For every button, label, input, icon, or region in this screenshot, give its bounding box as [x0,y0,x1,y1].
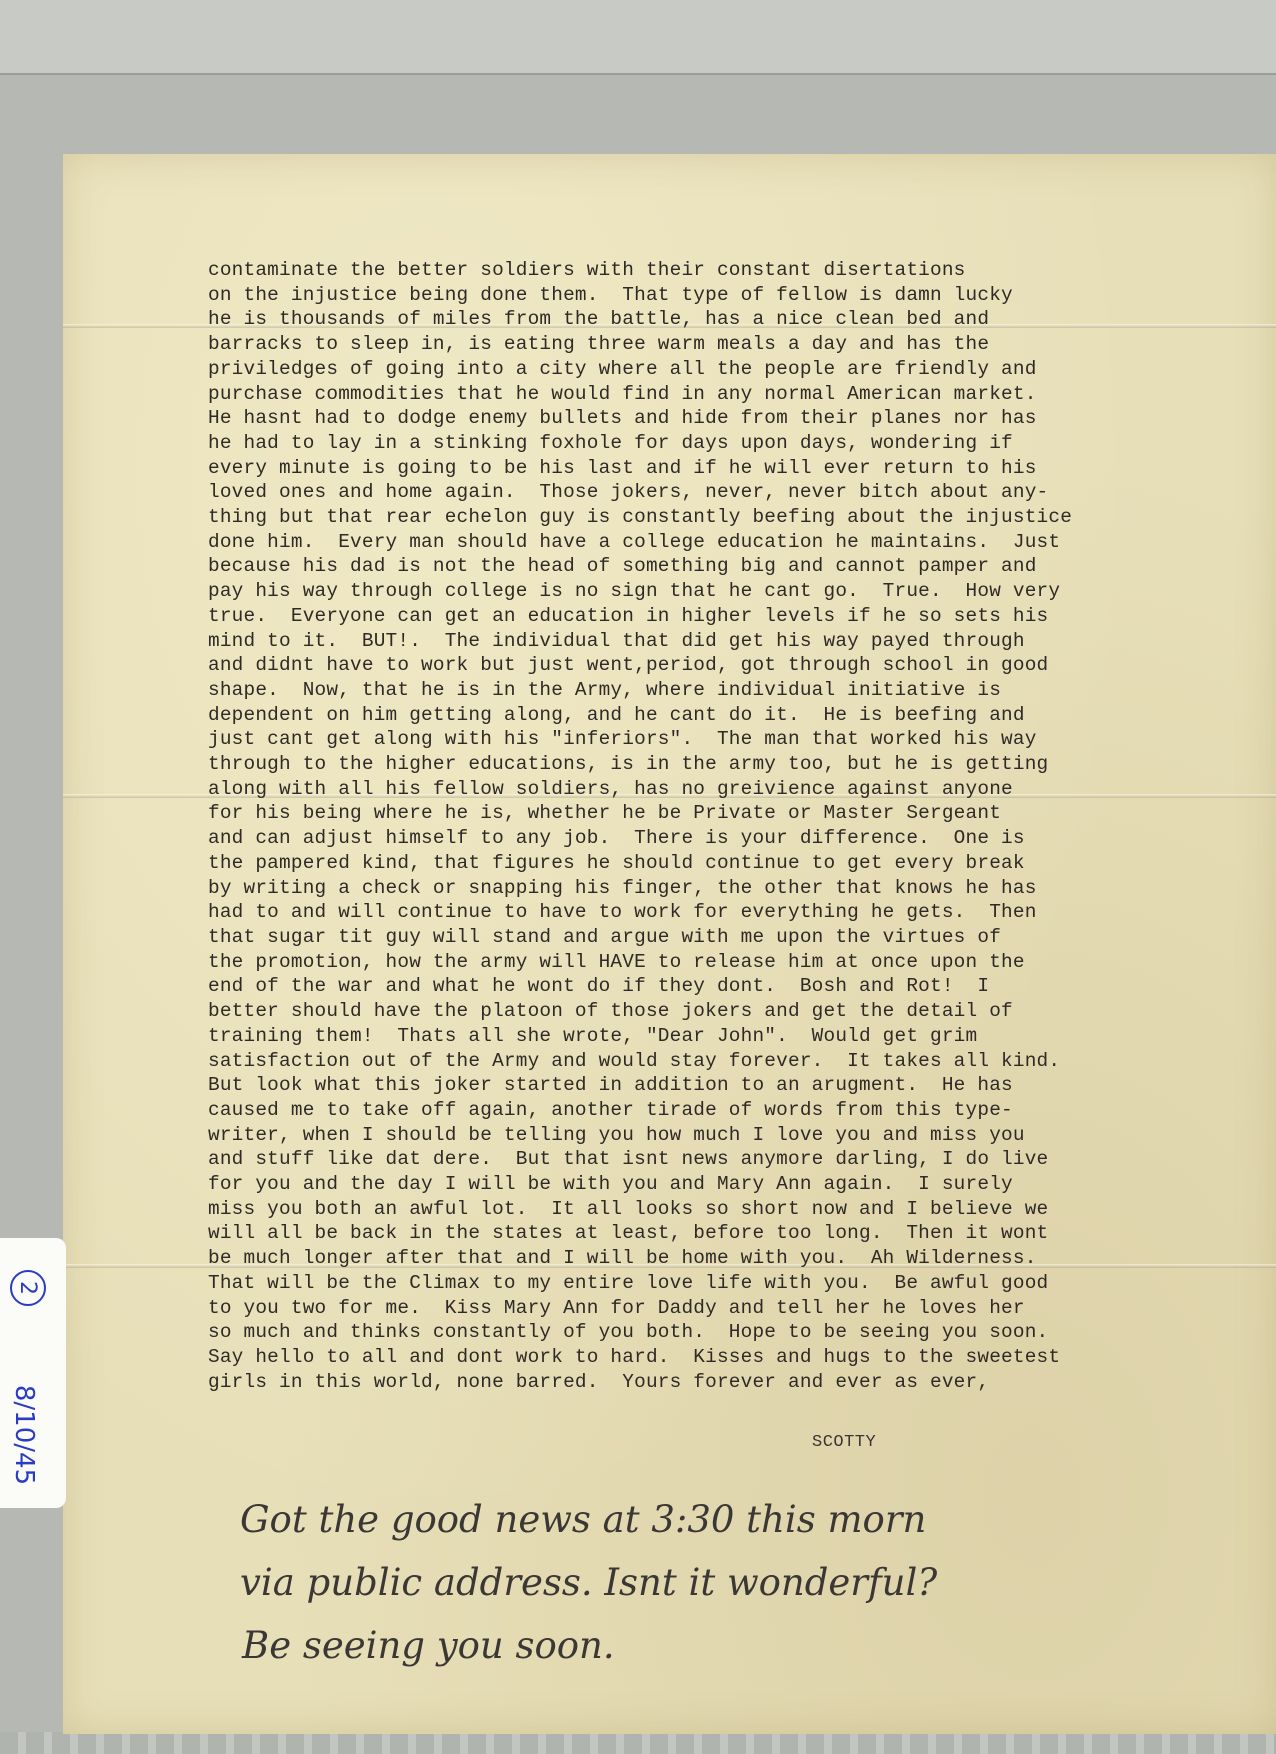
typed-line: thing but that rear echelon guy is const… [208,505,1188,530]
archive-annotation: 2 8/10/45 [8,1270,58,1520]
typed-line: That will be the Climax to my entire lov… [208,1271,1188,1296]
typed-line: priviledges of going into a city where a… [208,357,1188,382]
typed-line: and stuff like dat dere. But that isnt n… [208,1147,1188,1172]
signature: SCOTTY [812,1433,876,1452]
typed-line: pay his way through college is no sign t… [208,579,1188,604]
typed-line: he had to lay in a stinking foxhole for … [208,431,1188,456]
typed-line: better should have the platoon of those … [208,999,1188,1024]
typed-line: for you and the day I will be with you a… [208,1172,1188,1197]
typed-line: every minute is going to be his last and… [208,456,1188,481]
typed-line: He hasnt had to dodge enemy bullets and … [208,406,1188,431]
typed-line: along with all his fellow soldiers, has … [208,777,1188,802]
typed-line: that sugar tit guy will stand and argue … [208,925,1188,950]
postscript-line: Be seeing you soon. [242,1614,1190,1677]
typed-line: writer, when I should be telling you how… [208,1123,1188,1148]
typed-line: training them! Thats all she wrote, "Dea… [208,1024,1188,1049]
sleeve-perforation [0,1732,1276,1754]
typed-line: But look what this joker started in addi… [208,1073,1188,1098]
typed-line: Say hello to all and dont work to hard. … [208,1345,1188,1370]
typed-line: true. Everyone can get an education in h… [208,604,1188,629]
typed-line: barracks to sleep in, is eating three wa… [208,332,1188,357]
typed-line: had to and will continue to have to work… [208,900,1188,925]
typed-line: through to the higher educations, is in … [208,752,1188,777]
typed-line: by writing a check or snapping his finge… [208,876,1188,901]
typed-line: because his dad is not the head of somet… [208,554,1188,579]
postscript-line: Got the good news at 3:30 this morn [240,1488,1190,1551]
typed-line: for his being where he is, whether he be… [208,801,1188,826]
typed-line: and can adjust himself to any job. There… [208,826,1188,851]
typed-line: done him. Every man should have a colleg… [208,530,1188,555]
typed-line: on the injustice being done them. That t… [208,283,1188,308]
typed-line: so much and thinks constantly of you bot… [208,1320,1188,1345]
typed-line: loved ones and home again. Those jokers,… [208,480,1188,505]
page-number-circle: 2 [10,1270,46,1306]
typed-line: dependent on him getting along, and he c… [208,703,1188,728]
typed-line: mind to it. BUT!. The individual that di… [208,629,1188,654]
typed-line: shape. Now, that he is in the Army, wher… [208,678,1188,703]
typed-line: purchase commodities that he would find … [208,382,1188,407]
typed-line: the promotion, how the army will HAVE to… [208,950,1188,975]
scanner-bed-top [0,0,1276,75]
typed-letter-body: contaminate the better soldiers with the… [208,258,1188,1394]
typed-line: end of the war and what he wont do if th… [208,974,1188,999]
typed-line: girls in this world, none barred. Yours … [208,1370,1188,1395]
typed-line: be much longer after that and I will be … [208,1246,1188,1271]
date-annotation: 8/10/45 [9,1375,39,1495]
typed-line: the pampered kind, that figures he shoul… [208,851,1188,876]
typed-line: and didnt have to work but just went,per… [208,653,1188,678]
typed-line: will all be back in the states at least,… [208,1221,1188,1246]
typed-line: he is thousands of miles from the battle… [208,307,1188,332]
handwritten-postscript: Got the good news at 3:30 this morn via … [240,1488,1190,1677]
typed-line: satisfaction out of the Army and would s… [208,1049,1188,1074]
typed-line: contaminate the better soldiers with the… [208,258,1188,283]
typed-line: just cant get along with his "inferiors"… [208,727,1188,752]
typed-line: caused me to take off again, another tir… [208,1098,1188,1123]
typed-line: to you two for me. Kiss Mary Ann for Dad… [208,1296,1188,1321]
postscript-line: via public address. Isnt it wonderful? [240,1551,1190,1614]
typed-line: miss you both an awful lot. It all looks… [208,1197,1188,1222]
